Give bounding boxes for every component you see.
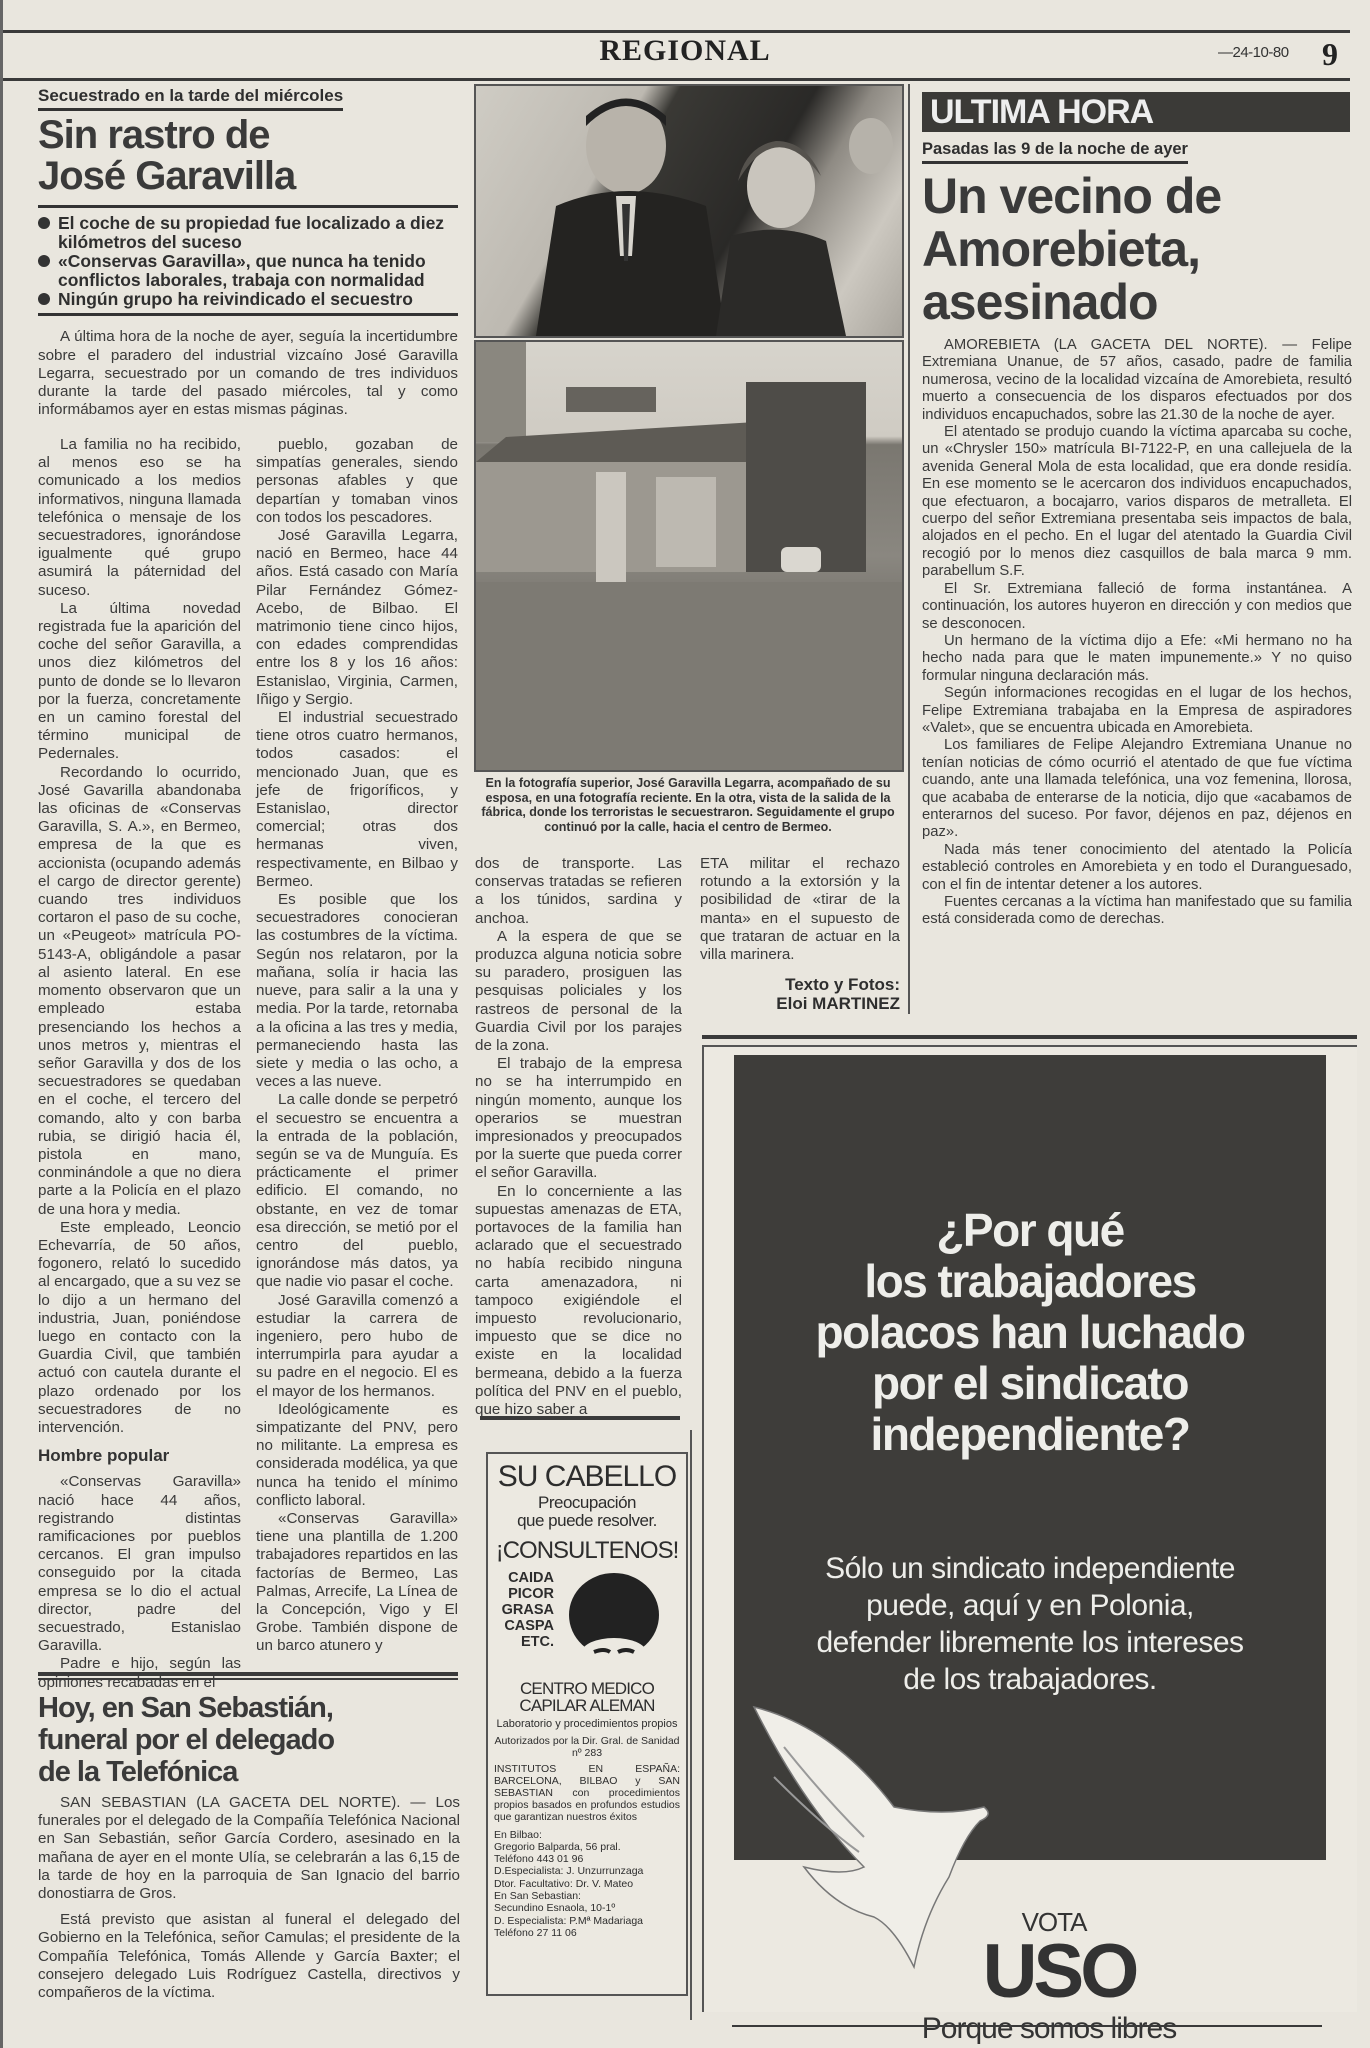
- cabello-visual: CAIDA PICOR GRASA CASPA ETC.: [488, 1570, 686, 1680]
- headline-line: funeral por el delegado: [38, 1724, 460, 1756]
- page-edge: [0, 0, 3, 2048]
- paragraph: Este empleado, Leoncio Echevarría, de 50…: [38, 1219, 241, 1437]
- contact-line: En Bilbao:: [494, 1829, 680, 1841]
- paragraph: pueblo, gozaban de simpatías generales, …: [256, 436, 458, 527]
- contact-line: Secundino Esnaola, 10-1º: [494, 1902, 680, 1914]
- contact-line: En San Sebastian:: [494, 1890, 680, 1902]
- uso-statement: Sólo un sindicato independiente puede, a…: [734, 1550, 1326, 1698]
- statement-line: defender libremente los intereses: [734, 1624, 1326, 1661]
- ultima-hora-banner: ULTIMA HORA: [922, 92, 1350, 132]
- uso-bottom-rule: [732, 2025, 1322, 2027]
- paragraph: El trabajo de la empresa no se ha interr…: [475, 1055, 682, 1182]
- summary-bullet: Ningún grupo ha reivindicado el secuestr…: [38, 290, 458, 309]
- paragraph: En lo concerniente a las supuestas amena…: [475, 1183, 682, 1420]
- bullet-dot-icon: [38, 217, 50, 229]
- center-line: CENTRO MEDICO: [488, 1680, 686, 1697]
- column-divider: [908, 84, 910, 1014]
- lead-column-4: ETA militar el rechazo rotundo a la exto…: [700, 855, 900, 964]
- question-line: los trabajadores: [734, 1256, 1326, 1307]
- lead-column-2: pueblo, gozaban de simpatías generales, …: [256, 436, 458, 1656]
- symptom: CASPA: [496, 1618, 554, 1634]
- funeral-headline: Hoy, en San Sebastián, funeral por el de…: [38, 1692, 460, 1788]
- ultima-hora-kicker: Pasadas las 9 de la noche de ayer: [922, 140, 1188, 164]
- top-rule: [0, 30, 1350, 33]
- uso-question: ¿Por qué los trabajadores polacos han lu…: [734, 1205, 1326, 1460]
- cabello-title: SU CABELLO: [488, 1460, 686, 1494]
- headline-line: de la Telefónica: [38, 1756, 460, 1788]
- lead-kicker: Secuestrado en la tarde del miércoles: [38, 86, 343, 111]
- lead-column-1: La familia no ha recibido, al menos eso …: [38, 436, 241, 1692]
- question-line: independiente?: [734, 1409, 1326, 1460]
- paragraph: «Conservas Garavilla» nació hace 44 años…: [38, 1473, 241, 1655]
- cabello-contacts: En Bilbao: Gregorio Balparda, 56 pral. T…: [494, 1829, 680, 1940]
- center-line: CAPILAR ALEMAN: [488, 1697, 686, 1714]
- statement-line: Sólo un sindicato independiente: [734, 1550, 1326, 1587]
- symptom: GRASA: [496, 1602, 554, 1618]
- question-line: polacos han luchado: [734, 1307, 1326, 1358]
- section-title: REGIONAL: [0, 34, 1370, 68]
- contact-line: Teléfono 443 01 96: [494, 1853, 680, 1865]
- uso-logo: USO: [959, 1932, 1159, 2012]
- uso-slogan: Porque somos libres: [874, 2012, 1224, 2046]
- head-hair-icon: [564, 1570, 664, 1670]
- lead-summary-bullets: El coche de su propiedad fue localizado …: [38, 205, 458, 316]
- paragraph: Nada más tener conocimiento del atentado…: [922, 842, 1352, 894]
- paragraph: Está previsto que asistan al funeral el …: [38, 1911, 460, 2002]
- subhead: Hombre popular: [38, 1447, 241, 1465]
- paragraph: El industrial secuestrado tiene otros cu…: [256, 709, 458, 891]
- byline-author: Eloi MARTINEZ: [700, 994, 900, 1013]
- paragraph: AMOREBIETA (LA GACETA DEL NORTE). — Feli…: [922, 337, 1352, 424]
- cabello-advertisement: SU CABELLO Preocupación que puede resolv…: [486, 1452, 688, 1996]
- headline-line: Un vecino de: [922, 170, 1352, 223]
- issue-date: —24-10-80: [1218, 44, 1289, 61]
- cabello-cta: ¡CONSULTENOS!: [488, 1536, 686, 1566]
- uso-advertisement: ¿Por qué los trabajadores polacos han lu…: [702, 1045, 1357, 2012]
- lead-headline-line: Sin rastro de: [38, 115, 458, 156]
- byline-label: Texto y Fotos:: [700, 975, 900, 994]
- symptom: CAIDA: [496, 1570, 554, 1586]
- byline: Texto y Fotos: Eloi MARTINEZ: [700, 975, 900, 1013]
- cabello-tagline: Preocupación que puede resolver.: [488, 1494, 686, 1530]
- cabello-lab: Laboratorio y procedimientos propios: [494, 1718, 680, 1731]
- contact-line: D. Especialista: P.Mª Madariaga: [494, 1915, 680, 1927]
- symptom: ETC.: [496, 1634, 554, 1650]
- paragraph: A la espera de que se produzca alguna no…: [475, 928, 682, 1055]
- photo-factory: [474, 340, 904, 772]
- question-line: ¿Por qué: [734, 1205, 1326, 1256]
- symptom: PICOR: [496, 1586, 554, 1602]
- tagline-line: Preocupación: [488, 1494, 686, 1512]
- photo-factory-illustration: [476, 342, 902, 770]
- ultima-hora-end-rule: [702, 1035, 1357, 1039]
- bullet-dot-icon: [38, 255, 50, 267]
- paragraph: Un hermano de la víctima dijo a Efe: «Mi…: [922, 633, 1352, 685]
- contact-line: D.Especialista: J. Unzurrunzaga: [494, 1865, 680, 1877]
- paragraph: La última novedad registrada fue la apar…: [38, 600, 241, 764]
- question-line: por el sindicato: [734, 1358, 1326, 1409]
- paragraph: El Sr. Extremiana falleció de forma inst…: [922, 581, 1352, 633]
- paragraph: José Garavilla Legarra, nació en Bermeo,…: [256, 527, 458, 709]
- cabello-authorized: Autorizados por la Dir. Gral. de Sanidad…: [494, 1735, 680, 1759]
- contact-line: Dtor. Facultativo: Dr. V. Mateo: [494, 1878, 680, 1890]
- lead-intro: A última hora de la noche de ayer, seguí…: [38, 328, 458, 419]
- summary-bullet: El coche de su propiedad fue localizado …: [38, 214, 458, 252]
- summary-bullet: «Conservas Garavilla», que nunca ha teni…: [38, 252, 458, 290]
- funeral-top-rule: [38, 1672, 458, 1676]
- funeral-top-rule-thin: [38, 1678, 458, 1680]
- paragraph: Según informaciones recogidas en el luga…: [922, 685, 1352, 737]
- paragraph: La familia no ha recibido, al menos eso …: [38, 436, 241, 600]
- contact-line: Gregorio Balparda, 56 pral.: [494, 1841, 680, 1853]
- paragraph: «Conservas Garavilla» tiene una plantill…: [256, 1510, 458, 1656]
- lead-headline: Sin rastro de José Garavilla: [38, 115, 458, 197]
- paragraph: Es posible que los secuestradores conoci…: [256, 891, 458, 1091]
- paragraph: SAN SEBASTIAN (LA GACETA DEL NORTE). — L…: [38, 1794, 460, 1903]
- tagline-line: que puede resolver.: [488, 1512, 686, 1530]
- contact-line: Teléfono 27 11 06: [494, 1927, 680, 1939]
- paragraph: La calle donde se perpetró el secuestro …: [256, 1091, 458, 1291]
- photo-caption: En la fotografía superior, José Garavill…: [476, 776, 900, 834]
- headline-line: Hoy, en San Sebastián,: [38, 1692, 460, 1724]
- statement-line: puede, aquí y en Polonia,: [734, 1587, 1326, 1624]
- ultima-hora-article: Pasadas las 9 de la noche de ayer Un vec…: [922, 140, 1352, 929]
- ultima-hora-headline: Un vecino de Amorebieta, asesinado: [922, 170, 1352, 329]
- masthead-bottom-rule: [0, 78, 1350, 81]
- cabello-center: CENTRO MEDICO CAPILAR ALEMAN: [488, 1680, 686, 1714]
- paragraph: José Garavilla comenzó a estudiar la car…: [256, 1292, 458, 1401]
- paragraph: El atentado se produjo cuando la víctima…: [922, 424, 1352, 581]
- headline-line: Amorebieta,: [922, 223, 1352, 276]
- paragraph: Ideológicamente es simpatizante del PNV,…: [256, 1401, 458, 1510]
- column-3-end-rule: [480, 1416, 680, 1420]
- cabello-institutes: INSTITUTOS EN ESPAÑA: BARCELONA, BILBAO …: [494, 1763, 680, 1823]
- paragraph: Los familiares de Felipe Alejandro Extre…: [922, 737, 1352, 841]
- ultima-hora-body: AMOREBIETA (LA GACETA DEL NORTE). — Feli…: [922, 337, 1352, 929]
- paragraph: Fuentes cercanas a la víctima han manife…: [922, 894, 1352, 929]
- lead-headline-line: José Garavilla: [38, 156, 458, 197]
- paragraph: Recordando lo ocurrido, José Gavarilla a…: [38, 764, 241, 1219]
- paragraph: dos de transporte. Las conservas tratada…: [475, 855, 682, 928]
- funeral-body: SAN SEBASTIAN (LA GACETA DEL NORTE). — L…: [38, 1794, 460, 2002]
- funeral-article: Hoy, en San Sebastián, funeral por el de…: [38, 1692, 460, 2002]
- paragraph: ETA militar el rechazo rotundo a la exto…: [700, 855, 900, 964]
- photo-couple: [474, 84, 904, 338]
- bullet-dot-icon: [38, 293, 50, 305]
- lead-column-3: dos de transporte. Las conservas tratada…: [475, 855, 682, 1419]
- headline-line: asesinado: [922, 276, 1352, 329]
- cabello-symptoms: CAIDA PICOR GRASA CASPA ETC.: [496, 1570, 554, 1650]
- ad-divider: [690, 1430, 692, 2020]
- photo-couple-illustration: [476, 86, 902, 336]
- page-number: 9: [1322, 36, 1338, 73]
- lead-article-header: Secuestrado en la tarde del miércoles Si…: [38, 86, 458, 419]
